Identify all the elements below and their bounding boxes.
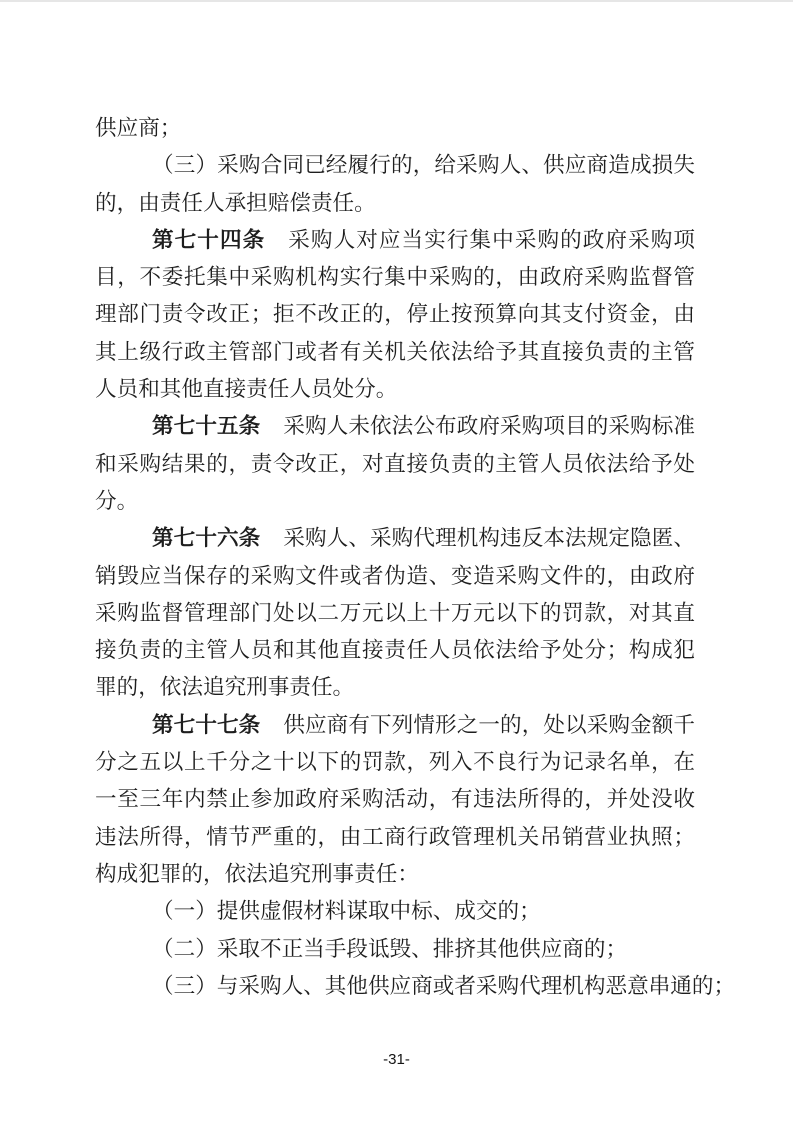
paragraph-item-2: （二）采取不正当手段诋毁、排挤其他供应商的； [95, 931, 695, 968]
article-number: 第七十六条 [152, 526, 260, 550]
paragraph-text: 供应商； [95, 116, 181, 140]
page-footer: -31- [0, 1051, 793, 1068]
paragraph-text: 采购人对应当实行集中采购的政府采购项目，不委托集中采购机构实行集中采购的，由政府… [95, 228, 695, 401]
page-number: -31- [383, 1051, 410, 1068]
page-top-border [0, 0, 793, 2]
paragraph-text: （三）与采购人、其他供应商或者采购代理机构恶意串通的； [152, 974, 735, 998]
paragraph-item-3-art73: （三）采购合同已经履行的，给采购人、供应商造成损失的，由责任人承担赔偿责任。 [95, 147, 695, 222]
paragraph-article-76: 第七十六条采购人、采购代理机构违反本法规定隐匿、销毁应当保存的采购文件或者伪造、… [95, 520, 695, 706]
article-number: 第七十五条 [152, 414, 260, 438]
paragraph-article-74: 第七十四条采购人对应当实行集中采购的政府采购项目，不委托集中采购机构实行集中采购… [95, 222, 695, 408]
document-body: 供应商； （三）采购合同已经履行的，给采购人、供应商造成损失的，由责任人承担赔偿… [95, 110, 695, 1005]
paragraph-article-77: 第七十七条供应商有下列情形之一的，处以采购金额千分之五以上千分之十以下的罚款，列… [95, 707, 695, 893]
paragraph-text: 采购人、采购代理机构违反本法规定隐匿、销毁应当保存的采购文件或者伪造、变造采购文… [95, 526, 695, 699]
paragraph-text: 供应商有下列情形之一的，处以采购金额千分之五以上千分之十以下的罚款，列入不良行为… [95, 713, 695, 886]
paragraph-item-1: （一）提供虚假材料谋取中标、成交的； [95, 893, 695, 930]
paragraph-text: （二）采取不正当手段诋毁、排挤其他供应商的； [152, 937, 627, 961]
document-page: 供应商； （三）采购合同已经履行的，给采购人、供应商造成损失的，由责任人承担赔偿… [0, 0, 793, 1122]
article-number: 第七十七条 [152, 713, 260, 737]
paragraph-article-75: 第七十五条采购人未依法公布政府采购项目的采购标准和采购结果的，责令改正，对直接负… [95, 408, 695, 520]
paragraph-continuation: 供应商； [95, 110, 695, 147]
article-number: 第七十四条 [152, 228, 265, 252]
paragraph-text: （一）提供虚假材料谋取中标、成交的； [152, 899, 541, 923]
paragraph-text: （三）采购合同已经履行的，给采购人、供应商造成损失的，由责任人承担赔偿责任。 [95, 153, 695, 214]
paragraph-item-3: （三）与采购人、其他供应商或者采购代理机构恶意串通的； [95, 968, 695, 1005]
